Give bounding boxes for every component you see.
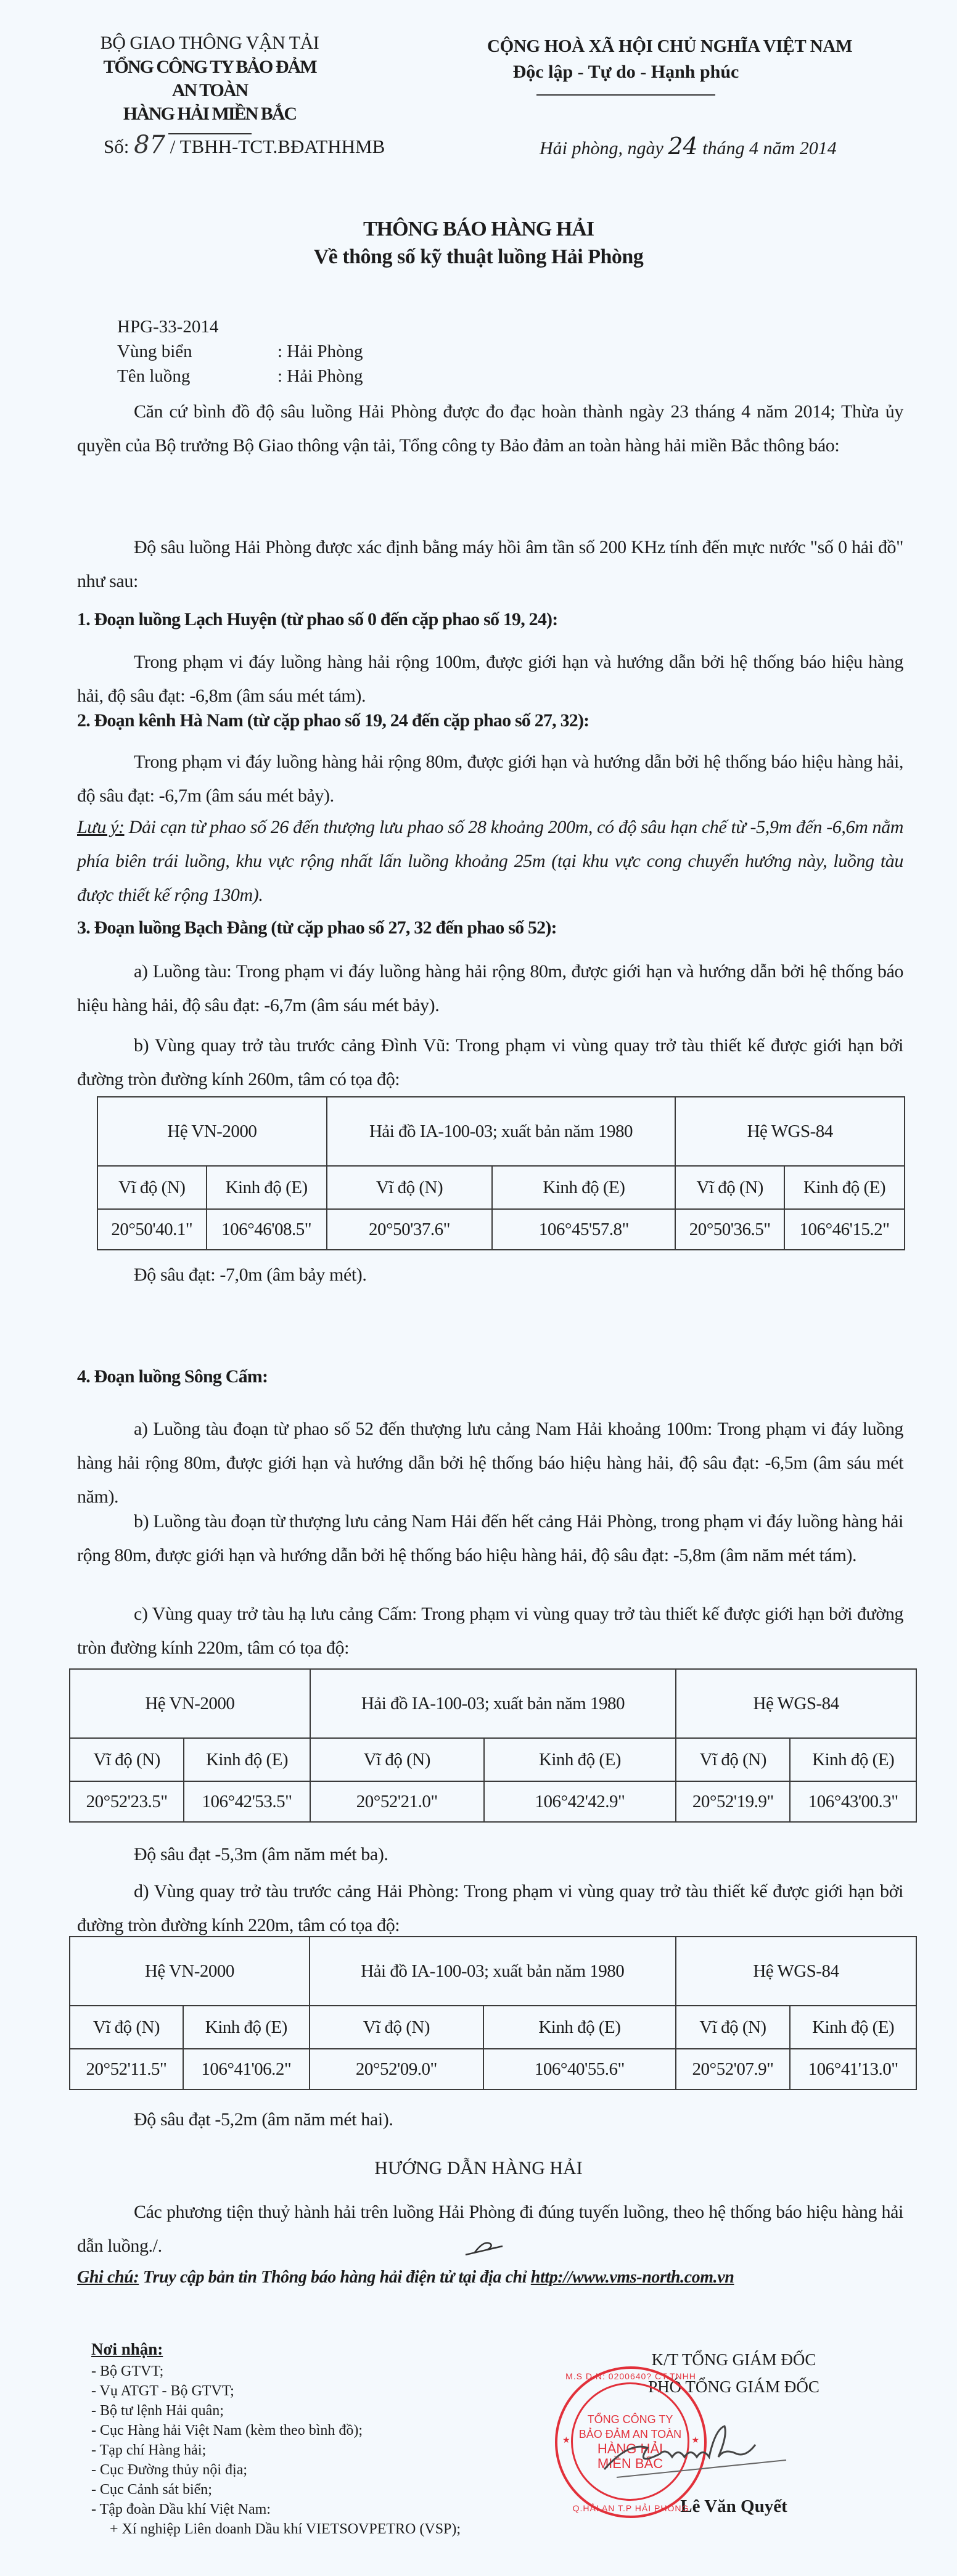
intro-paragraph-1: Căn cứ bình đồ độ sâu luồng Hải Phòng đư… bbox=[77, 395, 903, 462]
meta-label: Vùng biển bbox=[117, 339, 277, 364]
coord-system-header: Hệ VN-2000 bbox=[70, 1669, 310, 1738]
doc-number-label: Số: bbox=[104, 136, 129, 157]
latitude-cell: 20°50'36.5" bbox=[675, 1209, 784, 1250]
section-3-heading: 3. Đoạn luồng Bạch Đằng (từ cặp phao số … bbox=[77, 917, 903, 938]
latitude-cell: 20°52'21.0" bbox=[310, 1781, 484, 1822]
meta-value: : Hải Phòng bbox=[277, 364, 363, 388]
doc-number-handwritten: 87 bbox=[134, 131, 165, 159]
coord-table-dinh-vu: Hệ VN-2000Hải đồ IA-100-03; xuất bản năm… bbox=[97, 1096, 905, 1250]
recipient-item: - Tập đoàn Dầu khí Việt Nam: bbox=[91, 2500, 461, 2519]
coord-system-header: Hệ WGS-84 bbox=[676, 1937, 916, 2006]
section-4-c-depth: Độ sâu đạt -5,3m (âm năm mét ba). bbox=[77, 1837, 903, 1871]
section-4-item-b: b) Luồng tàu đoạn từ thượng lưu cảng Nam… bbox=[77, 1504, 903, 1572]
coord-system-header: Hệ VN-2000 bbox=[97, 1097, 327, 1166]
latitude-header: Vĩ độ (N) bbox=[97, 1166, 207, 1209]
longitude-cell: 106°46'08.5" bbox=[207, 1209, 327, 1250]
section-4-d-depth: Độ sâu đạt -5,2m (âm năm mét hai). bbox=[77, 2102, 903, 2136]
longitude-cell: 106°45'57.8" bbox=[492, 1209, 675, 1250]
longitude-header: Kinh độ (E) bbox=[207, 1166, 327, 1209]
latitude-cell: 20°52'09.0" bbox=[310, 2049, 483, 2090]
latitude-cell: 20°52'23.5" bbox=[70, 1781, 184, 1822]
document-date: Hải phòng, ngày 24 tháng 4 năm 2014 bbox=[540, 133, 837, 160]
doc-number-code: / TBHH-TCT.BĐATHHMB bbox=[170, 136, 385, 157]
table-subheader-row: Vĩ độ (N)Kinh độ (E)Vĩ độ (N)Kinh độ (E)… bbox=[70, 1738, 916, 1781]
section-1-text: Trong phạm vi đáy luồng hàng hải rộng 10… bbox=[77, 645, 903, 713]
table-header-row: Hệ VN-2000Hải đồ IA-100-03; xuất bản năm… bbox=[70, 1937, 916, 2006]
handwritten-signature bbox=[592, 2423, 789, 2479]
footnote-label: Ghi chú: bbox=[77, 2268, 139, 2287]
latitude-cell: 20°52'11.5" bbox=[70, 2049, 183, 2090]
title-main: THÔNG BÁO HÀNG HẢI bbox=[0, 216, 957, 243]
latitude-header: Vĩ độ (N) bbox=[675, 1166, 784, 1209]
latitude-header: Vĩ độ (N) bbox=[310, 2006, 483, 2049]
section-3-item-b: b) Vùng quay trở tàu trước cảng Đình Vũ:… bbox=[77, 1028, 903, 1096]
longitude-cell: 106°42'53.5" bbox=[184, 1781, 310, 1822]
recipient-item: - Cục Cảnh sát biển; bbox=[91, 2480, 461, 2500]
coord-system-header: Hải đồ IA-100-03; xuất bản năm 1980 bbox=[310, 1937, 676, 2006]
section-4-item-a: a) Luồng tàu đoạn từ phao số 52 đến thượ… bbox=[77, 1412, 903, 1514]
recipients-heading: Nơi nhận: bbox=[91, 2337, 461, 2361]
meta-row-sea-area: Vùng biển : Hải Phòng bbox=[117, 339, 363, 364]
latitude-header: Vĩ độ (N) bbox=[327, 1166, 493, 1209]
longitude-cell: 106°41'13.0" bbox=[790, 2049, 916, 2090]
table-subheader-row: Vĩ độ (N)Kinh độ (E)Vĩ độ (N)Kinh độ (E)… bbox=[70, 2006, 916, 2049]
section-3-depth: Độ sâu đạt: -7,0m (âm bảy mét). bbox=[77, 1258, 903, 1292]
latitude-header: Vĩ độ (N) bbox=[310, 1738, 484, 1781]
latitude-header: Vĩ độ (N) bbox=[676, 1738, 790, 1781]
longitude-cell: 106°40'55.6" bbox=[483, 2049, 676, 2090]
date-day-handwritten: 24 bbox=[668, 133, 697, 160]
meta-value: : Hải Phòng bbox=[277, 339, 363, 364]
national-motto: Độc lập - Tự do - Hạnh phúc bbox=[487, 59, 765, 86]
recipient-item: - Bộ tư lệnh Hải quân; bbox=[91, 2401, 461, 2421]
recipient-item: - Tạp chí Hàng hải; bbox=[91, 2440, 461, 2460]
coord-system-header: Hải đồ IA-100-03; xuất bản năm 1980 bbox=[310, 1669, 676, 1738]
longitude-header: Kinh độ (E) bbox=[790, 2006, 916, 2049]
notice-metadata: HPG-33-2014 Vùng biển : Hải Phòng Tên lu… bbox=[117, 314, 363, 388]
section-4-item-d: d) Vùng quay trở tàu trước cảng Hải Phòn… bbox=[77, 1874, 903, 1942]
meta-label: Tên luồng bbox=[117, 364, 277, 388]
recipient-item: - Vụ ATGT - Bộ GTVT; bbox=[91, 2381, 461, 2401]
section-1-heading: 1. Đoạn luồng Lạch Huyện (từ phao số 0 đ… bbox=[77, 609, 903, 630]
table-header-row: Hệ VN-2000Hải đồ IA-100-03; xuất bản năm… bbox=[97, 1097, 905, 1166]
motto-underline bbox=[536, 94, 715, 96]
section-2-text: Trong phạm vi đáy luồng hàng hải rộng 80… bbox=[77, 745, 903, 813]
longitude-header: Kinh độ (E) bbox=[790, 1738, 916, 1781]
coord-system-header: Hệ WGS-84 bbox=[675, 1097, 905, 1166]
section-2-note: Lưu ý: Dải cạn từ phao số 26 đến thượng … bbox=[77, 810, 903, 912]
recipient-sub-item: + Xí nghiệp Liên doanh Dầu khí VIETSOVPE… bbox=[91, 2519, 461, 2539]
section-4-item-c: c) Vùng quay trở tàu hạ lưu cảng Cấm: Tr… bbox=[77, 1597, 903, 1665]
table-subheader-row: Vĩ độ (N)Kinh độ (E)Vĩ độ (N)Kinh độ (E)… bbox=[97, 1166, 905, 1209]
title-subject: Về thông số kỹ thuật luồng Hải Phòng bbox=[0, 243, 957, 271]
table-row: 20°52'11.5"106°41'06.2"20°52'09.0"106°40… bbox=[70, 2049, 916, 2090]
latitude-cell: 20°50'37.6" bbox=[327, 1209, 493, 1250]
document-title: THÔNG BÁO HÀNG HẢI Về thông số kỹ thuật … bbox=[0, 216, 957, 271]
recipient-item: - Cục Hàng hải Việt Nam (kèm theo bình đ… bbox=[91, 2421, 461, 2440]
date-prefix: Hải phòng, ngày bbox=[540, 138, 663, 158]
national-header: CỘNG HOÀ XÃ HỘI CHỦ NGHĨA VIỆT NAM Độc l… bbox=[487, 34, 765, 96]
section-4-heading: 4. Đoạn luồng Sông Cấm: bbox=[77, 1366, 903, 1387]
ministry-name: BỘ GIAO THÔNG VẬN TẢI bbox=[92, 31, 327, 55]
date-suffix: tháng 4 năm 2014 bbox=[702, 138, 837, 158]
longitude-cell: 106°46'15.2" bbox=[784, 1209, 905, 1250]
latitude-header: Vĩ độ (N) bbox=[676, 2006, 790, 2049]
longitude-header: Kinh độ (E) bbox=[492, 1166, 675, 1209]
website-link[interactable]: http://www.vms-north.com.vn bbox=[531, 2268, 734, 2287]
latitude-cell: 20°52'07.9" bbox=[676, 2049, 790, 2090]
initials-mark bbox=[459, 2235, 509, 2260]
coord-table-cang-cam: Hệ VN-2000Hải đồ IA-100-03; xuất bản năm… bbox=[69, 1668, 917, 1823]
document-page: BỘ GIAO THÔNG VẬN TẢI TỔNG CÔNG TY BẢO Đ… bbox=[0, 0, 957, 2576]
longitude-header: Kinh độ (E) bbox=[184, 1738, 310, 1781]
coord-system-header: Hải đồ IA-100-03; xuất bản năm 1980 bbox=[327, 1097, 676, 1166]
table-row: 20°52'23.5"106°42'53.5"20°52'21.0"106°42… bbox=[70, 1781, 916, 1822]
latitude-header: Vĩ độ (N) bbox=[70, 1738, 184, 1781]
latitude-cell: 20°50'40.1" bbox=[97, 1209, 207, 1250]
recipient-items: - Bộ GTVT;- Vụ ATGT - Bộ GTVT;- Bộ tư lệ… bbox=[91, 2361, 461, 2539]
stamp-ring-top: M.S D.N: 0200640? CT.TNHH bbox=[557, 2371, 704, 2381]
recipient-item: - Bộ GTVT; bbox=[91, 2361, 461, 2381]
longitude-cell: 106°42'42.9" bbox=[484, 1781, 676, 1822]
note-text: Dải cạn từ phao số 26 đến thượng lưu pha… bbox=[77, 817, 903, 905]
longitude-cell: 106°43'00.3" bbox=[790, 1781, 916, 1822]
table-header-row: Hệ VN-2000Hải đồ IA-100-03; xuất bản năm… bbox=[70, 1669, 916, 1738]
coord-table-hai-phong: Hệ VN-2000Hải đồ IA-100-03; xuất bản năm… bbox=[69, 1936, 917, 2090]
document-number: Số: 87 / TBHH-TCT.BĐATHHMB bbox=[104, 131, 385, 159]
org-name-line2: HÀNG HẢI MIỀN BẮC bbox=[92, 102, 327, 126]
country-name: CỘNG HOÀ XÃ HỘI CHỦ NGHĨA VIỆT NAM bbox=[487, 34, 765, 59]
coord-system-header: Hệ WGS-84 bbox=[676, 1669, 916, 1738]
recipient-item: - Cục Đường thủy nội địa; bbox=[91, 2460, 461, 2480]
longitude-header: Kinh độ (E) bbox=[483, 2006, 676, 2049]
stamp-ring-bottom: Q.HẢI AN T.P HẢI PHÒNG bbox=[557, 2503, 704, 2513]
section-2-heading: 2. Đoạn kênh Hà Nam (từ cặp phao số 19, … bbox=[77, 710, 903, 731]
meta-row-channel: Tên luồng : Hải Phòng bbox=[117, 364, 363, 388]
latitude-cell: 20°52'19.9" bbox=[676, 1781, 790, 1822]
note-label: Lưu ý: bbox=[77, 817, 125, 837]
latitude-header: Vĩ độ (N) bbox=[70, 2006, 183, 2049]
org-name-line1: TỔNG CÔNG TY BẢO ĐẢM AN TOÀN bbox=[92, 55, 327, 102]
footnote-text: Truy cập bản tin Thông báo hàng hải điện… bbox=[139, 2268, 531, 2287]
intro-paragraph-2: Độ sâu luồng Hải Phòng được xác định bằn… bbox=[77, 530, 903, 598]
recipients-list: Nơi nhận: - Bộ GTVT;- Vụ ATGT - Bộ GTVT;… bbox=[91, 2337, 461, 2539]
longitude-header: Kinh độ (E) bbox=[183, 2006, 310, 2049]
footnote: Ghi chú: Truy cập bản tin Thông báo hàng… bbox=[77, 2268, 734, 2287]
longitude-cell: 106°41'06.2" bbox=[183, 2049, 310, 2090]
star-icon: ★ bbox=[562, 2435, 570, 2446]
notice-code: HPG-33-2014 bbox=[117, 314, 363, 339]
longitude-header: Kinh độ (E) bbox=[484, 1738, 676, 1781]
guidance-heading: HƯỚNG DẪN HÀNG HẢI bbox=[0, 2158, 957, 2179]
issuer-block: BỘ GIAO THÔNG VẬN TẢI TỔNG CÔNG TY BẢO Đ… bbox=[92, 31, 327, 134]
coord-system-header: Hệ VN-2000 bbox=[70, 1937, 310, 2006]
section-3-item-a: a) Luồng tàu: Trong phạm vi đáy luồng hà… bbox=[77, 954, 903, 1022]
table-row: 20°50'40.1"106°46'08.5"20°50'37.6"106°45… bbox=[97, 1209, 905, 1250]
longitude-header: Kinh độ (E) bbox=[784, 1166, 905, 1209]
